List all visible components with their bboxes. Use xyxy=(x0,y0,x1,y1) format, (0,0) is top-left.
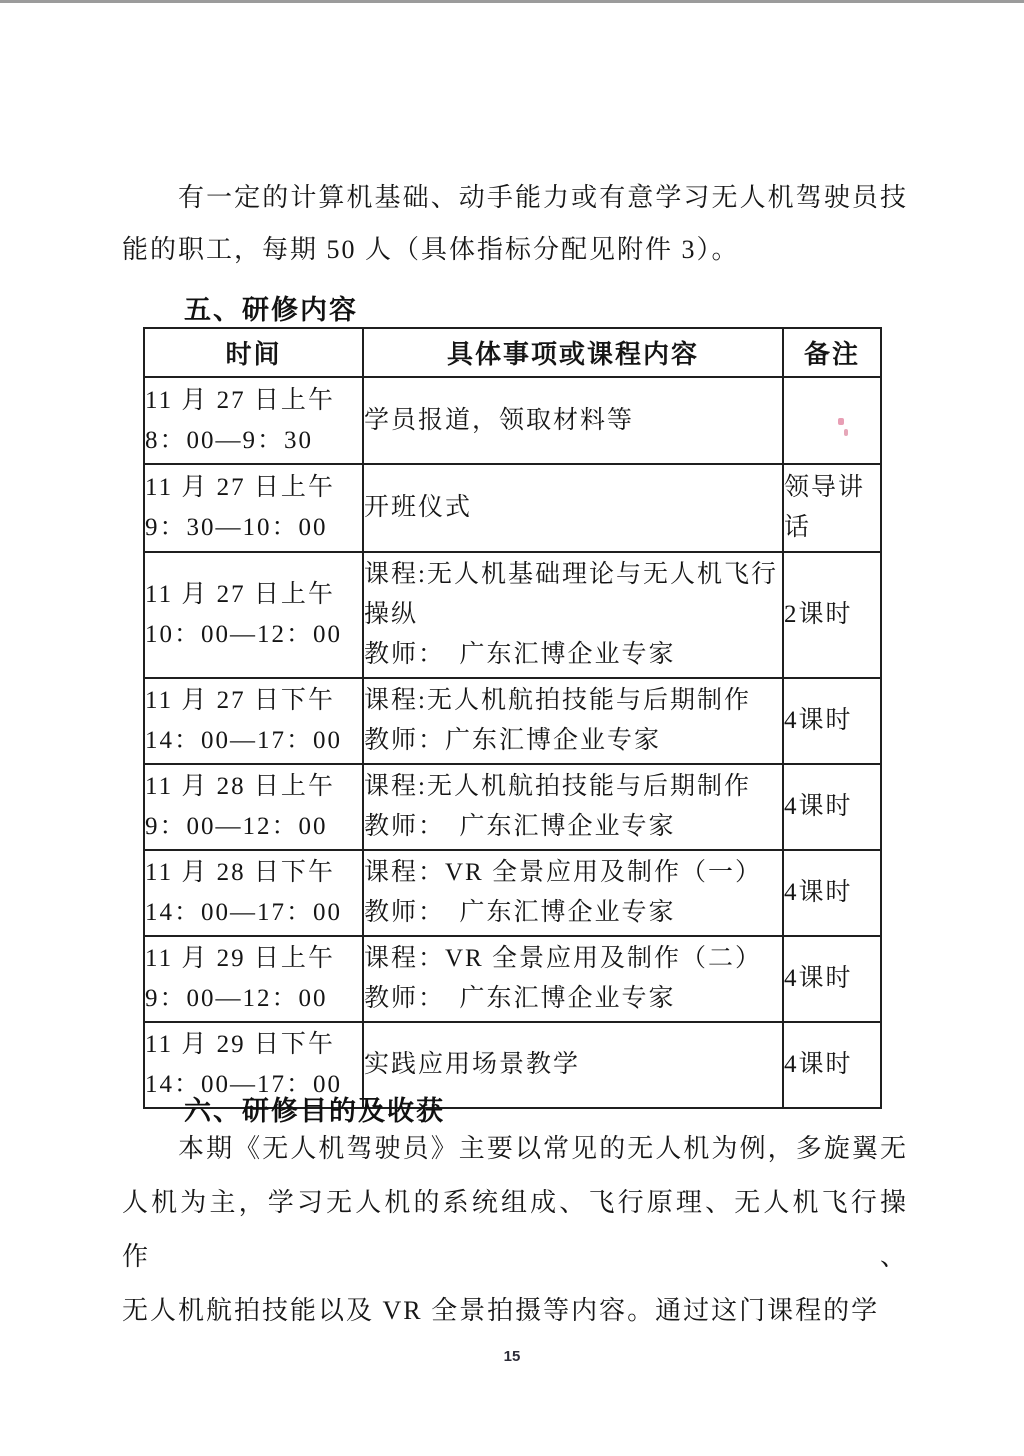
schedule-table: 时间 具体事项或课程内容 备注 11 月 27 日上午 8：00—9：30 学员… xyxy=(143,327,882,1109)
content-cell: 课程:无人机航拍技能与后期制作 教师： 广东汇博企业专家 xyxy=(363,764,783,850)
time-cell: 11 月 27 日上午 9：30—10：00 xyxy=(144,464,363,552)
time-cell: 11 月 28 日上午 9：00—12：00 xyxy=(144,764,363,850)
time-line: 10：00—12：00 xyxy=(145,615,362,655)
closing-paragraph: 本期《无人机驾驶员》主要以常见的无人机为例，多旋翼无 人机为主，学习无人机的系统… xyxy=(122,1122,908,1338)
time-line: 11 月 27 日上午 xyxy=(145,575,362,615)
content-line: 课程:无人机基础理论与无人机飞行操纵 xyxy=(364,555,782,635)
time-line: 11 月 28 日下午 xyxy=(145,853,362,893)
content-column-header: 具体事项或课程内容 xyxy=(363,328,783,377)
content-cell: 课程:无人机航拍技能与后期制作 教师：广东汇博企业专家 xyxy=(363,678,783,764)
red-ink-speck xyxy=(836,416,850,438)
content-cell: 开班仪式 xyxy=(363,464,783,552)
time-line: 11 月 27 日上午 xyxy=(145,381,362,421)
time-line: 14：00—17：00 xyxy=(145,893,362,933)
paragraph-line: 能的职工，每期 50 人（具体指标分配见附件 3）。 xyxy=(122,224,908,276)
time-cell: 11 月 27 日上午 8：00—9：30 xyxy=(144,377,363,464)
section-5-heading: 五、研修内容 xyxy=(184,288,358,327)
paragraph-line: 无人机航拍技能以及 VR 全景拍摄等内容。通过这门课程的学 xyxy=(122,1284,908,1338)
content-line: 教师： 广东汇博企业专家 xyxy=(364,807,782,847)
paragraph-line: 本期《无人机驾驶员》主要以常见的无人机为例，多旋翼无 xyxy=(122,1122,908,1176)
scan-edge-strip xyxy=(0,0,1024,3)
table-row: 11 月 27 日上午 10：00—12：00 课程:无人机基础理论与无人机飞行… xyxy=(144,552,881,678)
content-cell: 学员报道，领取材料等 xyxy=(363,377,783,464)
content-line: 教师： 广东汇博企业专家 xyxy=(364,979,782,1019)
remark-cell: 4课时 xyxy=(783,1022,881,1108)
content-line: 课程：VR 全景应用及制作（一） xyxy=(364,853,782,893)
document-page: 有一定的计算机基础、动手能力或有意学习无人机驾驶员技 能的职工，每期 50 人（… xyxy=(0,0,1024,1456)
remark-cell: 2课时 xyxy=(783,552,881,678)
time-line: 9：00—12：00 xyxy=(145,979,362,1019)
table-row: 11 月 28 日下午 14：00—17：00 课程：VR 全景应用及制作（一）… xyxy=(144,850,881,936)
time-line: 9：00—12：00 xyxy=(145,807,362,847)
table-row: 11 月 27 日上午 9：30—10：00 开班仪式 领导讲话 xyxy=(144,464,881,552)
table-row: 11 月 28 日上午 9：00—12：00 课程:无人机航拍技能与后期制作 教… xyxy=(144,764,881,850)
table-header-row: 时间 具体事项或课程内容 备注 xyxy=(144,328,881,377)
time-line: 14：00—17：00 xyxy=(145,721,362,761)
time-column-header: 时间 xyxy=(144,328,363,377)
intro-paragraph: 有一定的计算机基础、动手能力或有意学习无人机驾驶员技 能的职工，每期 50 人（… xyxy=(122,172,908,276)
paragraph-line: 有一定的计算机基础、动手能力或有意学习无人机驾驶员技 xyxy=(122,172,908,224)
time-cell: 11 月 27 日上午 10：00—12：00 xyxy=(144,552,363,678)
content-line: 教师： 广东汇博企业专家 xyxy=(364,635,782,675)
time-cell: 11 月 28 日下午 14：00—17：00 xyxy=(144,850,363,936)
time-line: 11 月 29 日上午 xyxy=(145,939,362,979)
content-cell: 课程：VR 全景应用及制作（一） 教师： 广东汇博企业专家 xyxy=(363,850,783,936)
content-line: 学员报道，领取材料等 xyxy=(364,401,782,441)
remark-column-header: 备注 xyxy=(783,328,881,377)
remark-cell: 4课时 xyxy=(783,850,881,936)
time-line: 11 月 27 日上午 xyxy=(145,468,362,508)
time-line: 11 月 28 日上午 xyxy=(145,767,362,807)
content-line: 课程:无人机航拍技能与后期制作 xyxy=(364,681,782,721)
page-number: 15 xyxy=(0,1348,1024,1365)
time-cell: 11 月 29 日上午 9：00—12：00 xyxy=(144,936,363,1022)
table-row: 11 月 27 日上午 8：00—9：30 学员报道，领取材料等 xyxy=(144,377,881,464)
paragraph-line: 人机为主，学习无人机的系统组成、飞行原理、无人机飞行操作、 xyxy=(122,1176,908,1284)
content-line: 教师： 广东汇博企业专家 xyxy=(364,893,782,933)
remark-cell: 4课时 xyxy=(783,764,881,850)
time-line: 11 月 29 日下午 xyxy=(145,1025,362,1065)
remark-cell: 4课时 xyxy=(783,936,881,1022)
content-line: 课程:无人机航拍技能与后期制作 xyxy=(364,767,782,807)
remark-cell xyxy=(783,377,881,464)
table-row: 11 月 27 日下午 14：00—17：00 课程:无人机航拍技能与后期制作 … xyxy=(144,678,881,764)
table-row: 11 月 29 日上午 9：00—12：00 课程：VR 全景应用及制作（二） … xyxy=(144,936,881,1022)
time-line: 9：30—10：00 xyxy=(145,508,362,548)
time-line: 11 月 27 日下午 xyxy=(145,681,362,721)
time-line: 8：00—9：30 xyxy=(145,421,362,461)
content-line: 开班仪式 xyxy=(364,488,782,528)
time-cell: 11 月 27 日下午 14：00—17：00 xyxy=(144,678,363,764)
content-line: 实践应用场景教学 xyxy=(364,1045,782,1085)
content-line: 教师：广东汇博企业专家 xyxy=(364,721,782,761)
content-cell: 课程：VR 全景应用及制作（二） 教师： 广东汇博企业专家 xyxy=(363,936,783,1022)
content-line: 课程：VR 全景应用及制作（二） xyxy=(364,939,782,979)
remark-cell: 4课时 xyxy=(783,678,881,764)
remark-cell: 领导讲话 xyxy=(783,464,881,552)
content-cell: 课程:无人机基础理论与无人机飞行操纵 教师： 广东汇博企业专家 xyxy=(363,552,783,678)
